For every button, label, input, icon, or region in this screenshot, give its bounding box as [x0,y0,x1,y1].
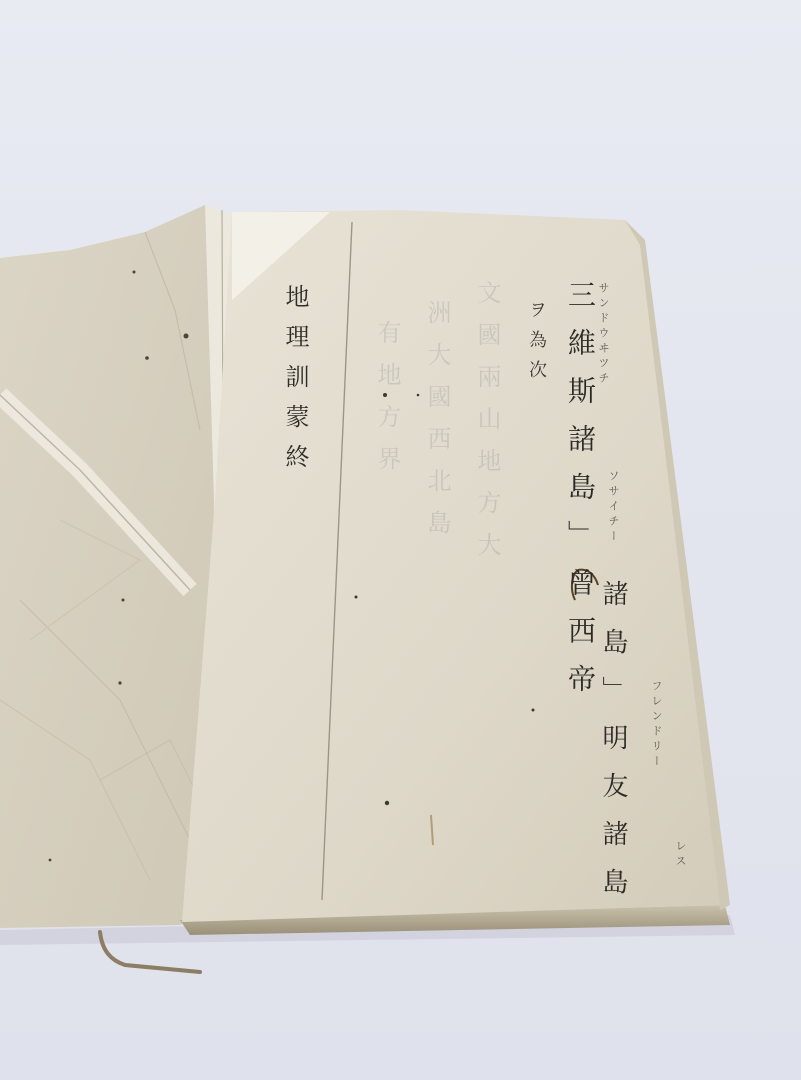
furigana: ソサイチー [605,470,621,545]
bleed-through-column: 有地方界 [370,320,405,488]
book-illustration [0,0,801,1080]
bleed-through-column: 文國兩山地方大 [470,280,505,574]
colophon-text: 地理訓蒙終 [283,284,307,484]
text-column-main: 三維斯諸島」曾西帝 [566,280,594,712]
text-column-second: 諸島」明友諸島 [600,580,626,916]
photo-scene: 文國兩山地方大 洲大國西北島 有地方界 三維斯諸島」曾西帝 サンドウヰツチ ソサ… [0,0,801,1080]
furigana: レス [672,840,688,870]
bleed-through-column: 洲大國西北島 [420,300,455,552]
furigana: フレンドリー [648,680,664,770]
furigana: サンドウヰツチ [595,282,611,387]
text-column-small: ヲ為次 [527,300,545,390]
